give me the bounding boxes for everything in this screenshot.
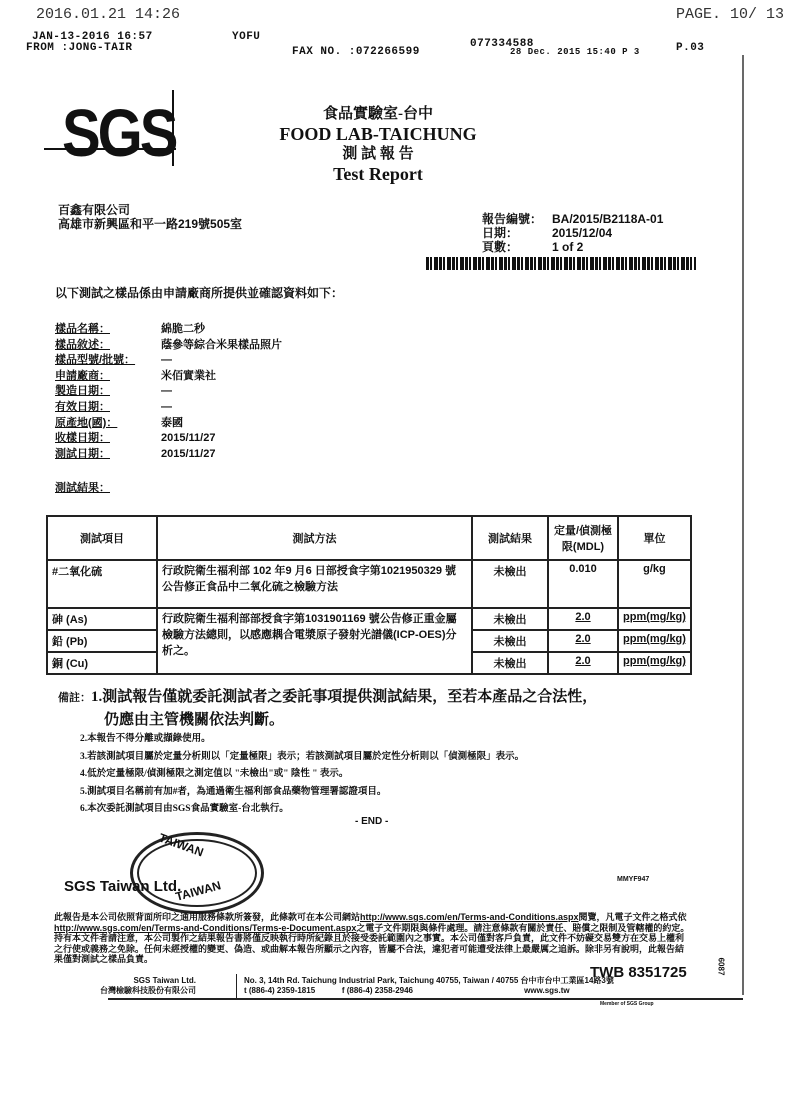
note-item: 6.本次委託測試項目由SGS食品實驗室-台北執行。: [58, 801, 597, 819]
info-row: 申請廠商：米佰實業社: [55, 369, 282, 385]
cell-unit: g/kg: [618, 560, 691, 608]
results-label: 測試結果：: [55, 479, 110, 495]
cell-method: 行政院衛生福利部 102 年9 月6 日部授食字第1021950329 號公告修…: [157, 560, 472, 608]
notes-prefix: 備註：: [58, 692, 91, 704]
info-row: 收樣日期：2015/11/27: [55, 431, 282, 447]
member-of-group: Member of SGS Group: [600, 1001, 654, 1007]
sample-info: 樣品名稱：綿脆二秒 樣品敘述：蔭參等綜合米果樣品照片 樣品型號/批號：— 申請廠…: [55, 322, 282, 462]
note-item: 4.低於定量極限/偵測極限之測定值以 "未檢出"或" 陰性 " 表示。: [58, 766, 597, 784]
table-row: #二氧化硫 行政院衛生福利部 102 年9 月6 日部授食字第102195032…: [47, 560, 691, 608]
end-marker: - END -: [355, 816, 388, 827]
footer-company: SGS Taiwan Ltd. 台灣檢驗科技股份有限公司: [100, 976, 196, 996]
note-item: 2.本報告不得分離或擷錄使用。: [58, 731, 597, 749]
footer-fax: f (886-4) 2358-2946: [342, 986, 413, 995]
col-header-item: 測試項目: [47, 516, 157, 560]
sgs-logo: SGS: [62, 95, 176, 172]
info-row: 原產地(國)：泰國: [55, 416, 282, 432]
document-ref: MMYF947: [617, 876, 649, 883]
date-label: 日期：: [482, 226, 552, 240]
side-code: 6087: [716, 958, 725, 976]
footer-divider: [236, 974, 237, 998]
info-label: 樣品名稱：: [55, 322, 161, 338]
cell-method: 行政院衛生福利部部授食字第1031901169 號公告修正重金屬檢驗方法總則，以…: [157, 608, 472, 674]
cell-result: 未檢出: [472, 608, 548, 630]
report-title-zh: 測 試 報 告: [268, 144, 488, 164]
cell-unit: ppm(mg/kg): [618, 608, 691, 630]
info-label: 申請廠商：: [55, 369, 161, 385]
info-row: 測試日期：2015/11/27: [55, 447, 282, 463]
client-name: 百鑫有限公司: [58, 203, 242, 217]
lab-name-zh: 食品實驗室-台中: [268, 104, 488, 124]
report-no-label: 報告編號：: [482, 212, 552, 226]
pages-label: 頁數：: [482, 240, 552, 254]
cell-item: #二氧化硫: [47, 560, 157, 608]
col-header-method: 測試方法: [157, 516, 472, 560]
note-item: 仍應由主管機關依法判斷。: [58, 709, 597, 731]
info-label: 原產地(國)：: [55, 416, 161, 432]
legal-disclaimer: 此報告是本公司依照背面所印之通用服務條款所簽發，此條款可在本公司網站http:/…: [54, 912, 690, 965]
table-header-row: 測試項目 測試方法 測試結果 定量/偵測極限(MDL) 單位: [47, 516, 691, 560]
cell-item: 銅 (Cu): [47, 652, 157, 674]
lab-name-en: FOOD LAB-TAICHUNG: [268, 124, 488, 144]
col-header-result: 測試結果: [472, 516, 548, 560]
logo-crossline: [172, 90, 174, 166]
fax-page-number: P.03: [676, 42, 704, 54]
info-row: 製造日期：—: [55, 384, 282, 400]
footer-company-en: SGS Taiwan Ltd.: [100, 976, 196, 986]
intro-text: 以下測試之樣品係由申請廠商所提供並確認資料如下：: [55, 284, 343, 301]
report-title-en: Test Report: [268, 164, 488, 184]
barcode: [426, 257, 696, 270]
info-row: 樣品名稱：綿脆二秒: [55, 322, 282, 338]
info-label: 有效日期：: [55, 400, 161, 416]
terms-link[interactable]: http://www.sgs.com/en/Terms-and-Conditio…: [360, 912, 579, 922]
cell-limit: 2.0: [548, 652, 618, 674]
e-document-terms-link[interactable]: http://www.sgs.com/en/Terms-and-Conditio…: [54, 923, 356, 933]
report-meta: 報告編號：BA/2015/B2118A-01 日期：2015/12/04 頁數：…: [482, 212, 663, 254]
table-row: 砷 (As) 行政院衛生福利部部授食字第1031901169 號公告修正重金屬檢…: [47, 608, 691, 630]
info-row: 樣品敘述：蔭參等綜合米果樣品照片: [55, 338, 282, 354]
logo-underline: [44, 148, 176, 150]
cell-limit: 2.0: [548, 608, 618, 630]
cell-unit: ppm(mg/kg): [618, 652, 691, 674]
info-value: 泰國: [161, 416, 183, 432]
client-address: 高雄市新興區和平一路219號505室: [58, 217, 242, 231]
info-label: 樣品敘述：: [55, 338, 161, 354]
serial-number: TWB 8351725: [590, 964, 687, 981]
signature-company: SGS Taiwan Ltd.: [64, 878, 181, 895]
footer-contact: No. 3, 14th Rd. Taichung Industrial Park…: [244, 976, 614, 996]
note-item: 5.測試項目名稱前有加#者，為通過衛生福利部食品藥物管理署認證項目。: [58, 784, 597, 802]
cell-limit: 2.0: [548, 630, 618, 652]
col-header-limit: 定量/偵測極限(MDL): [548, 516, 618, 560]
info-label: 樣品型號/批號：: [55, 353, 161, 369]
note-item: 3.若該測試項目屬於定量分析則以「定量極限」表示；若該測試項目屬於定性分析則以「…: [58, 749, 597, 767]
info-label: 收樣日期：: [55, 431, 161, 447]
info-value: 綿脆二秒: [161, 322, 205, 338]
report-date: 2015/12/04: [552, 226, 612, 240]
info-value: 2015/11/27: [161, 431, 215, 447]
fax-from: FROM :JONG-TAIR: [26, 42, 133, 54]
info-label: 製造日期：: [55, 384, 161, 400]
cell-limit: 0.010: [548, 560, 618, 608]
footer-company-zh: 台灣檢驗科技股份有限公司: [100, 986, 196, 996]
footer-web: www.sgs.tw: [524, 986, 570, 995]
info-value: —: [161, 353, 172, 369]
fax-original-date: 28 Dec. 2015 15:40 P 3: [510, 47, 640, 57]
info-label: 測試日期：: [55, 447, 161, 463]
fax-page-counter: PAGE. 10/ 13: [676, 6, 784, 23]
cell-result: 未檢出: [472, 560, 548, 608]
cell-item: 砷 (As): [47, 608, 157, 630]
info-row: 有效日期：—: [55, 400, 282, 416]
info-value: —: [161, 400, 172, 416]
fax-number: FAX NO. :072266599: [292, 46, 420, 58]
cell-item: 鉛 (Pb): [47, 630, 157, 652]
col-header-unit: 單位: [618, 516, 691, 560]
report-no: BA/2015/B2118A-01: [552, 212, 663, 226]
fax-sender-id: YOFU: [232, 31, 260, 43]
cell-result: 未檢出: [472, 630, 548, 652]
footer-tel: t (886-4) 2359-1815: [244, 986, 315, 995]
info-value: —: [161, 384, 172, 400]
cell-result: 未檢出: [472, 652, 548, 674]
report-pages: 1 of 2: [552, 240, 583, 254]
cell-unit: ppm(mg/kg): [618, 630, 691, 652]
info-value: 米佰實業社: [161, 369, 216, 385]
note-item: 備註：1.測試報告僅就委託測試者之委託事項提供測試結果，至若本產品之合法性，: [58, 686, 597, 709]
info-value: 2015/11/27: [161, 447, 215, 463]
info-value: 蔭參等綜合米果樣品照片: [161, 338, 282, 354]
scan-edge-line: [742, 55, 744, 995]
footer-address: No. 3, 14th Rd. Taichung Industrial Park…: [244, 976, 614, 986]
results-table: 測試項目 測試方法 測試結果 定量/偵測極限(MDL) 單位 #二氧化硫 行政院…: [46, 515, 692, 675]
notes-block: 備註：1.測試報告僅就委託測試者之委託事項提供測試結果，至若本產品之合法性， 仍…: [58, 686, 597, 819]
info-row: 樣品型號/批號：—: [55, 353, 282, 369]
lab-title-block: 食品實驗室-台中 FOOD LAB-TAICHUNG 測 試 報 告 Test …: [268, 104, 488, 184]
client-block: 百鑫有限公司 高雄市新興區和平一路219號505室: [58, 203, 242, 231]
footer-rule: [108, 998, 743, 1000]
fax-received-timestamp: 2016.01.21 14:26: [36, 6, 180, 23]
